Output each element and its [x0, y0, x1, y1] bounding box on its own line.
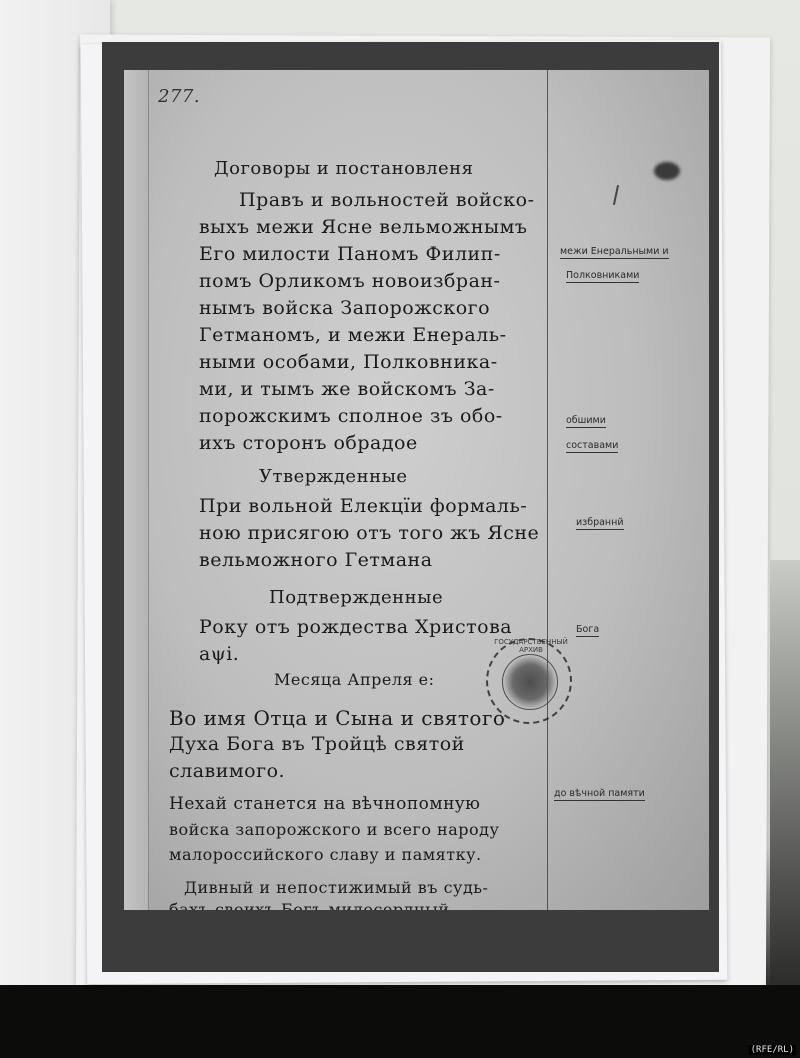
ink-mark: [613, 185, 619, 205]
text-line: ною присягою отъ того жъ Ясне: [199, 522, 539, 544]
seal-text: ГОСУДАРСТВЕННЫЙ АРХИВ: [488, 638, 574, 654]
text-line-date: Месяца Апреля е:: [274, 670, 435, 689]
margin-note: Полковниками: [566, 270, 639, 283]
dark-table-surface: [0, 985, 800, 1058]
text-line: Духа Бога въ Тройцѣ святой: [169, 733, 465, 755]
margin-note: обшими: [566, 415, 606, 428]
margin-note: избраннй: [576, 517, 624, 530]
text-line: ми, и тымъ же войскомъ За-: [199, 378, 495, 400]
section-heading-approved: Утвержденные: [259, 466, 408, 487]
margin-note: составами: [566, 440, 618, 453]
text-line: Его милости Паномъ Филип-: [199, 243, 501, 265]
text-line: славимого.: [169, 760, 285, 782]
text-line: бахъ своихъ Богъ милосердный: [169, 900, 450, 910]
text-line: малороссийского славу и памятку.: [169, 845, 482, 864]
text-line: ихъ сторонъ обрадое: [199, 432, 418, 454]
margin-rule-line: [547, 70, 548, 910]
text-line: войска запорожского и всего народу: [169, 820, 499, 839]
photocopy-frame: 277. Договоры и постановленя Правъ и вол…: [102, 42, 719, 972]
text-line: порожскимъ сполное зъ обо-: [199, 405, 503, 427]
margin-note: межи Енеральными и: [560, 246, 669, 259]
page-number: 277.: [158, 86, 200, 107]
archive-seal-stamp: ГОСУДАРСТВЕННЫЙ АРХИВ: [486, 638, 572, 724]
text-line: аψi.: [199, 643, 239, 665]
document-title: Договоры и постановленя: [214, 158, 474, 179]
text-line: ными особами, Полковника-: [199, 351, 498, 373]
manuscript-page: 277. Договоры и постановленя Правъ и вол…: [124, 70, 709, 910]
text-line: Гетманомъ, и межи Енераль-: [199, 324, 507, 346]
text-line: При вольной Елекцїи формаль-: [199, 495, 527, 517]
text-line: Нехай станется на вѣчнопомнyю: [169, 794, 480, 814]
text-line: помъ Орликомъ новоизбран-: [199, 270, 500, 292]
text-line: Року отъ рождества Христова: [199, 616, 512, 638]
text-line: Правъ и вольностей войско-: [239, 189, 535, 211]
page-gutter-shadow: [124, 70, 149, 910]
photo-credit: (RFE/RL): [749, 1045, 796, 1055]
text-line: нымъ войска Запорожского: [199, 297, 490, 319]
text-line: Дивный и непостижимый въ судь-: [184, 878, 488, 897]
text-line: вельможного Гетмана: [199, 549, 433, 571]
text-line: выхъ межи Ясне вельможнымъ: [199, 216, 528, 238]
section-heading-confirmed: Подтвержденные: [269, 587, 443, 608]
margin-note: до вѣчной памяти: [554, 788, 645, 801]
margin-note: Бога: [576, 624, 599, 637]
ink-blot: [654, 162, 680, 180]
text-line: Во имя Отца и Сына и святого: [169, 706, 505, 730]
seal-emblem-icon: [502, 654, 558, 710]
background-object-right: [770, 560, 800, 990]
